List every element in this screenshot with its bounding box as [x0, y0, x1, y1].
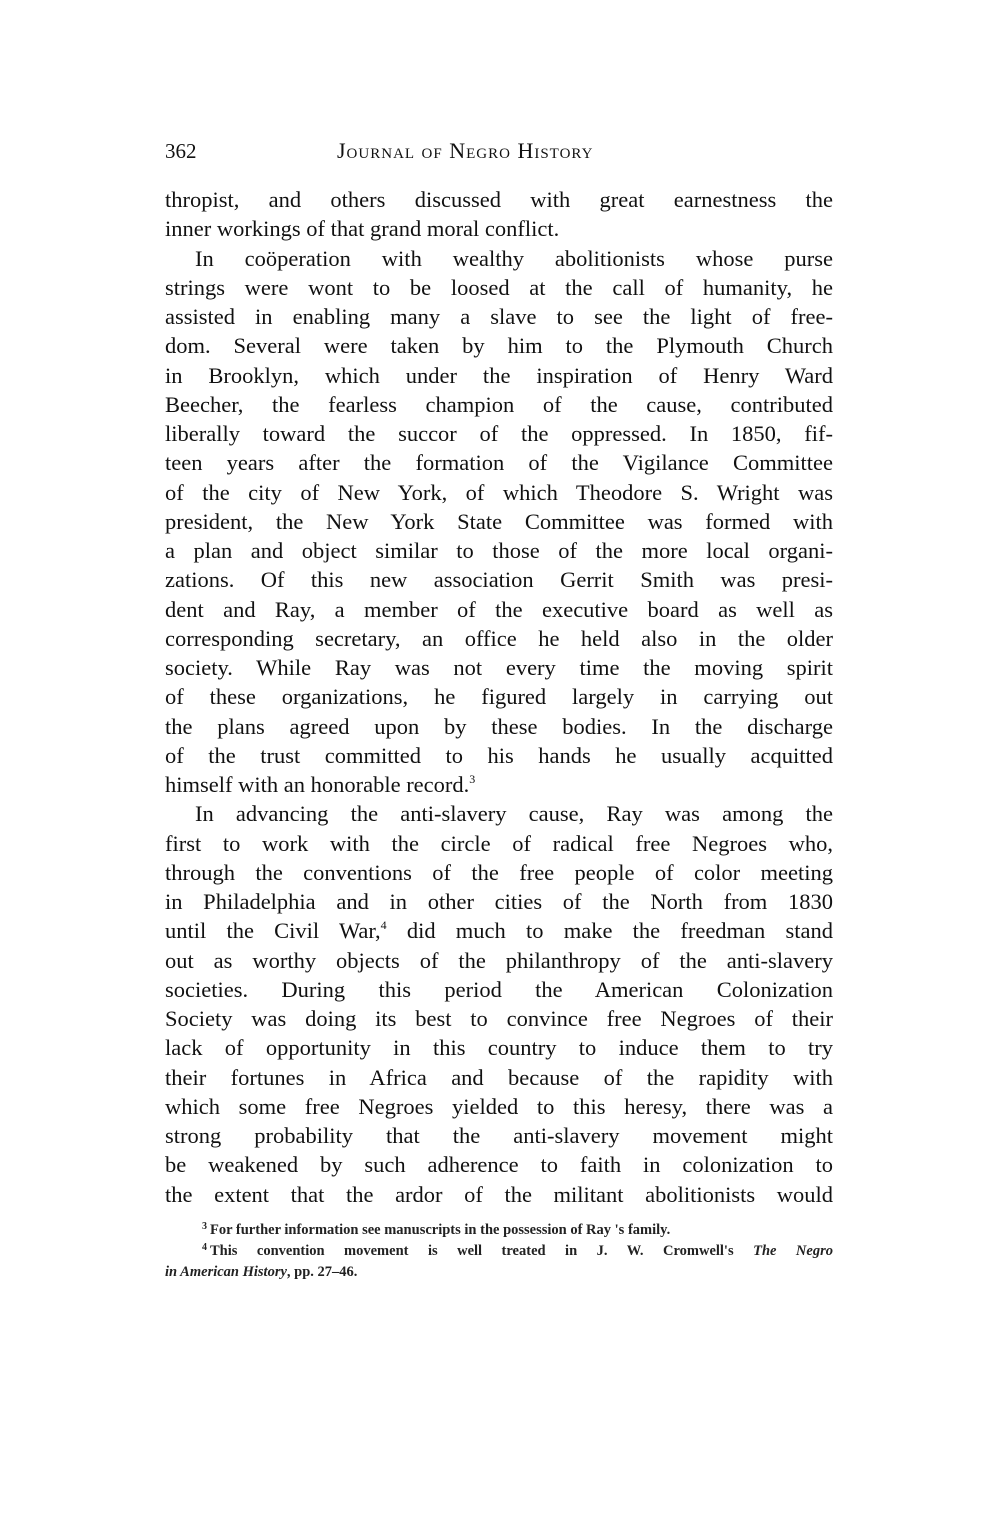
footnote-text: This convention movement is well treated…	[210, 1243, 753, 1259]
text-line: the extent that the ardor of the militan…	[165, 1180, 833, 1209]
text-line: dom. Several were taken by him to the Pl…	[165, 331, 833, 360]
footnote-mark: 3	[202, 1221, 207, 1232]
footnote-4: 4This convention movement is well treate…	[165, 1241, 833, 1262]
text-line: Beecher, the fearless champion of the ca…	[165, 390, 833, 419]
text-line: lack of opportunity in this country to i…	[165, 1033, 833, 1062]
text-line: out as worthy objects of the philanthrop…	[165, 946, 833, 975]
text-segment: until the Civil War,	[165, 918, 381, 943]
text-line: strings were wont to be loosed at the ca…	[165, 273, 833, 302]
footnote-4-continued: in American History, pp. 27–46.	[165, 1262, 833, 1283]
text-line: of the trust committed to his hands he u…	[165, 741, 833, 770]
text-segment: himself with an honorable record.	[165, 772, 469, 797]
text-line: which some free Negroes yielded to this …	[165, 1092, 833, 1121]
text-line: their fortunes in Africa and because of …	[165, 1063, 833, 1092]
text-line: assisted in enabling many a slave to see…	[165, 302, 833, 331]
text-line: strong probability that the anti-slavery…	[165, 1121, 833, 1150]
book-title: in American History	[165, 1264, 287, 1280]
text-line: society. While Ray was not every time th…	[165, 653, 833, 682]
text-line: zations. Of this new association Gerrit …	[165, 565, 833, 594]
text-line: dent and Ray, a member of the executive …	[165, 595, 833, 624]
text-line: in Brooklyn, which under the inspiration…	[165, 361, 833, 390]
footnote-text: , pp. 27–46.	[287, 1264, 358, 1280]
text-line: be weakened by such adherence to faith i…	[165, 1150, 833, 1179]
text-line: the plans agreed upon by these bodies. I…	[165, 712, 833, 741]
footnote-mark: 4	[202, 1242, 207, 1253]
text-line-with-note: himself with an honorable record.3	[165, 770, 833, 799]
text-line: a plan and object similar to those of th…	[165, 536, 833, 565]
text-line: through the conventions of the free peop…	[165, 858, 833, 887]
page-number: 362	[165, 136, 197, 166]
journal-title: Journal of Negro History	[337, 136, 593, 166]
paragraph-start-line: In coöperation with wealthy abolitionist…	[165, 244, 833, 273]
body-text: thropist, and others discussed with grea…	[165, 185, 833, 1209]
text-line: societies. During this period the Americ…	[165, 975, 833, 1004]
book-title: The Negro	[753, 1243, 833, 1259]
text-line: first to work with the circle of radical…	[165, 829, 833, 858]
text-line: Society was doing its best to convince f…	[165, 1004, 833, 1033]
text-segment: did much to make the freedman stand	[387, 918, 833, 943]
text-line: of these organizations, he figured large…	[165, 682, 833, 711]
running-head: 362 Journal of Negro History	[165, 136, 833, 166]
footnote-3: 3For further information see manuscripts…	[165, 1220, 833, 1241]
text-line: president, the New York State Committee …	[165, 507, 833, 536]
footnotes: 3For further information see manuscripts…	[165, 1220, 833, 1283]
text-line: thropist, and others discussed with grea…	[165, 185, 833, 214]
footnote-ref-3[interactable]: 3	[469, 772, 475, 786]
text-line: liberally toward the succor of the oppre…	[165, 419, 833, 448]
paragraph-start-line: In advancing the anti-slavery cause, Ray…	[165, 799, 833, 828]
footnote-text: For further information see manuscripts …	[210, 1222, 670, 1238]
text-line-with-note: until the Civil War,4 did much to make t…	[165, 916, 833, 945]
text-line: teen years after the formation of the Vi…	[165, 448, 833, 477]
text-line: corresponding secretary, an office he he…	[165, 624, 833, 653]
text-line: of the city of New York, of which Theodo…	[165, 478, 833, 507]
text-line: inner workings of that grand moral confl…	[165, 214, 833, 243]
text-line: in Philadelphia and in other cities of t…	[165, 887, 833, 916]
